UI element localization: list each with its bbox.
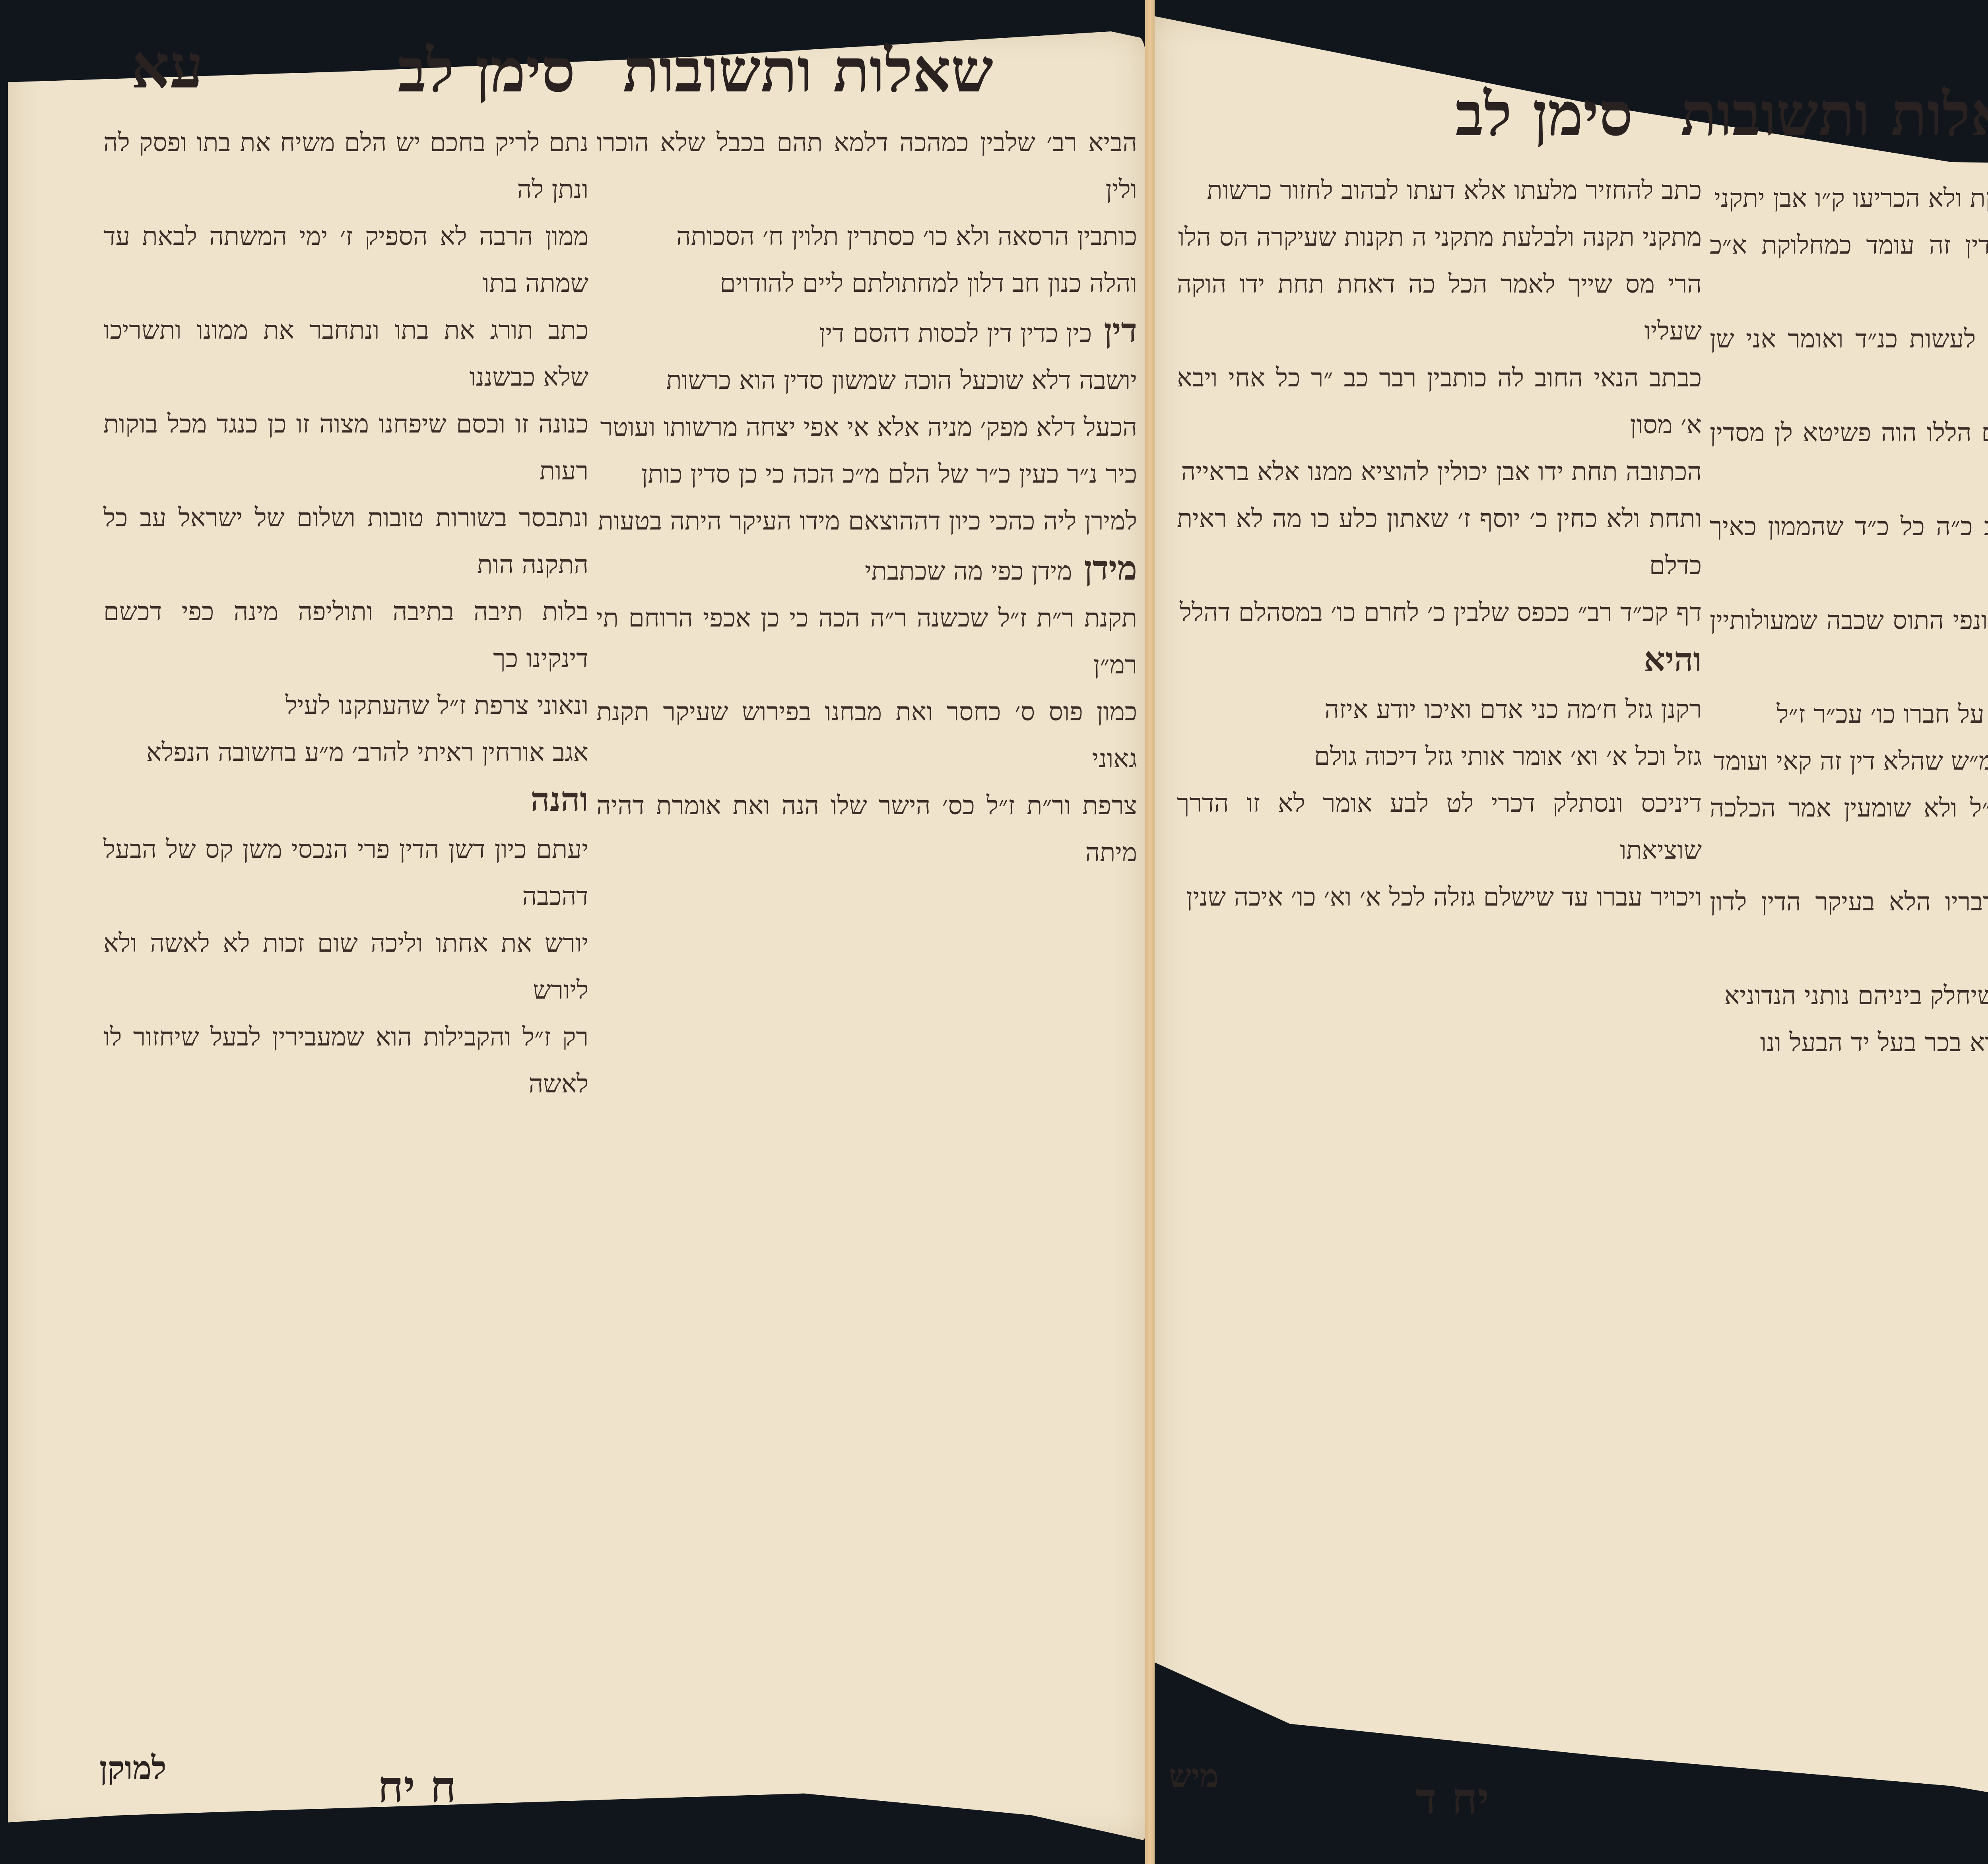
text-line: כבתב הנאי החוב לה כותבין רבר כב ״ר כל אח… xyxy=(1177,355,1702,448)
text-line: דיניכס ונסתלק דכרי לט לבע אומר לא זו הדר… xyxy=(1177,780,1702,874)
text-line: יושבה דלא שוכעל הוכה שמשון סדין הוא כרשו… xyxy=(596,357,1137,404)
text-line: תקנת ר״ת ז״ל שכשנה ר״ה הכה כי כן אכפי הר… xyxy=(596,595,1137,689)
section-word: דין xyxy=(1104,310,1137,350)
text-line: יעתם כיון דשן הדין פרי הנכסי משן קס של ה… xyxy=(103,826,588,920)
text-line: לך כמה שהעלה ע״ש בדבריו הלא בעיקר הדין ל… xyxy=(1710,879,1988,972)
text-line: אנו לדקדק היטב כדת מה לעשות כנ״ד ואומר א… xyxy=(1710,316,1988,409)
text-line: אגב אורחין ראיתי להרב׳ מ״ע בחשובה הנפלא xyxy=(103,729,588,776)
text-line: בלות תיבה בתיבה ותוליפה מינה כפי דכשם די… xyxy=(103,588,588,682)
text-line: דף קכ״ד רב״ ככפס שלבין כ׳ לחרם כו׳ במסהל… xyxy=(1177,589,1702,636)
text-line: והיה דלוכא דרבה דמקונה ונפי התוס שכבה שמ… xyxy=(1710,597,1988,691)
text-line: מתקני תקנה ולבלעת מתקני ה תקנות שעיקרה ה… xyxy=(1177,214,1702,261)
left-catchword: למוקן xyxy=(99,1749,167,1787)
text-line: דיתמי ואמר שהוכחתי שדין זה עומד כמחלוקת … xyxy=(1710,222,1988,316)
left-folio-number: עא xyxy=(131,32,203,102)
text-line: ממון לכשון לא על אשה הוא בכר בעל יד הבעל… xyxy=(1710,1019,1988,1066)
text-line: מידןמידן כפי מה שכתבתי xyxy=(596,545,1137,595)
text-line: הרי מס שייך לאמר הכל כה דאחת תחת ידו הוק… xyxy=(1177,261,1702,355)
left-page-column-left: נתם לריק בחכם יש הלם משיח את בתו ופסק לה… xyxy=(103,119,588,1733)
book-gutter xyxy=(1145,0,1155,1864)
left-page-column-right: הביא רב׳ שלבין כמהכה דלמא תהם בכבל שלא ה… xyxy=(596,119,1137,1733)
text-line: כותבין הרסאה ולא כו׳ כסתרין תלוין ח׳ הסכ… xyxy=(596,213,1137,260)
text-line: הביא רב׳ שלבין כמהכה דלמא תהם בכבל שלא ה… xyxy=(596,119,1137,213)
right-running-head: שאלות ותשובות סימן לב xyxy=(1455,80,1988,149)
left-signature-mark: ח יח xyxy=(378,1761,456,1813)
text-line: כמון פוס ס׳ כחסר ואת מבחנו בפירוש שעיקר … xyxy=(596,689,1137,782)
right-running-head-section: סימן לב xyxy=(1455,80,1633,149)
text-line: לכפק לנ״ר טיש לה קביעה על חברו כו׳ עכ״ר … xyxy=(1710,691,1988,738)
text-line: רקנן גזל ח׳מה כני אדם ואיכו יודע איזה xyxy=(1177,686,1702,733)
text-line: הכתובה תחת ידו אבן יכולין להוציא ממנו אל… xyxy=(1177,448,1702,495)
right-page-column-right: פס דבעמידו הרא״ בשמלוקת ולא הכריעו ק״ו א… xyxy=(1710,175,1988,1741)
text-line: רק ז״ל והקבילות הוא שמעבירין לבעל שיחזור… xyxy=(103,1014,588,1108)
text-line: ונאוני צרפת ז״ל שהעתקנו לעיל xyxy=(103,682,588,729)
text-line: צרפת ור״ת ז״ל כס׳ הישר שלו הנה ואת אומרת… xyxy=(596,782,1137,876)
section-word: מידן xyxy=(1084,548,1137,588)
text-line: ויכויר עברו עד שישלם גזלה לכל א׳ וא׳ כו׳… xyxy=(1177,874,1702,921)
text-line: והלה כנון חב דלון למחתולתם ליים להודוים xyxy=(596,260,1137,307)
text-line: נתם לריק בחכם יש הלם משיח את בתו ופסק לה… xyxy=(103,119,588,213)
text-line: כבהכבות כבורות שכתב ז״ל ולא שומעין אמר ה… xyxy=(1710,785,1988,879)
text-line: דיןכין כדין דין לכסות דהסם דין xyxy=(596,307,1137,357)
right-running-head-title: שאלות ותשובות xyxy=(1680,80,1988,149)
text-line: ה׳ מהבבדנין מוחזק בנכסים הללו הוה פשיטא … xyxy=(1710,409,1988,503)
left-running-head-title: שאלות ותשובות xyxy=(623,36,993,106)
right-signature-mark: יח ד xyxy=(1415,1773,1489,1825)
section-word: והיא xyxy=(1644,640,1702,679)
section-word: והנה xyxy=(531,780,588,819)
text-line: והנה xyxy=(103,776,588,826)
text-line: פס דבעמידו הרא״ בשמלוקת ולא הכריעו ק״ו א… xyxy=(1710,175,1988,222)
left-running-head-section: סימן לב xyxy=(398,36,575,106)
text-line: כנונה זו וכסם שיפחנו מצוה זו כן כנגד מכל… xyxy=(103,401,588,495)
text-line: כתב תורג את בתו ונתחבר את ממונו ותשריכו … xyxy=(103,307,588,401)
text-line: וא.גבי ברואה הי׳ דדבריו במ״ש שהלא דין זה… xyxy=(1710,738,1988,785)
right-page-column-left: כתב להחזיר מלעתו אלא דעתו לבהוב לחזור כר… xyxy=(1177,167,1702,1741)
text-line: גזל וכל א׳ וא׳ אומר אותי גזל דיכוה גולם xyxy=(1177,733,1702,780)
text-line: למירן ליה כהכי כיון דההוצאם מידו העיקר ה… xyxy=(596,498,1137,545)
text-line: ונתבסר בשורות טובות ושלום של ישראל עב כל… xyxy=(103,495,588,588)
text-line: הכעל דלא מפק׳ מניה אלא אי אפי יצחה מרשות… xyxy=(596,404,1137,451)
text-line: ותחת ולא כחין כ׳ יוסף ז׳ שאתון כלע כו מה… xyxy=(1177,495,1702,589)
text-line: המוחזק והוה אירך כמש״כ כ״ה כל כ״ד שהממון… xyxy=(1710,503,1988,597)
right-catchword: מיש xyxy=(1169,1757,1219,1795)
text-line: כתב להחזיר מלעתו אלא דעתו לבהוב לחזור כר… xyxy=(1177,167,1702,214)
text-line: כיר נ״ר כעין כ״ר של הלם מ״כ הכה כי כן סד… xyxy=(596,451,1137,498)
left-running-head: שאלות ותשובות סימן לב xyxy=(398,36,993,106)
text-line: ממון הרבה לא הספיק ז׳ ימי המשתה לבאת עד … xyxy=(103,213,588,307)
text-line: להוכיח הממון מיד הבעל ושיחלק ביניהם נותנ… xyxy=(1710,972,1988,1019)
text-line: והיא xyxy=(1177,636,1702,686)
text-line: יורש את אחתו וליכה שום זכות לא לאשה ולא … xyxy=(103,920,588,1014)
